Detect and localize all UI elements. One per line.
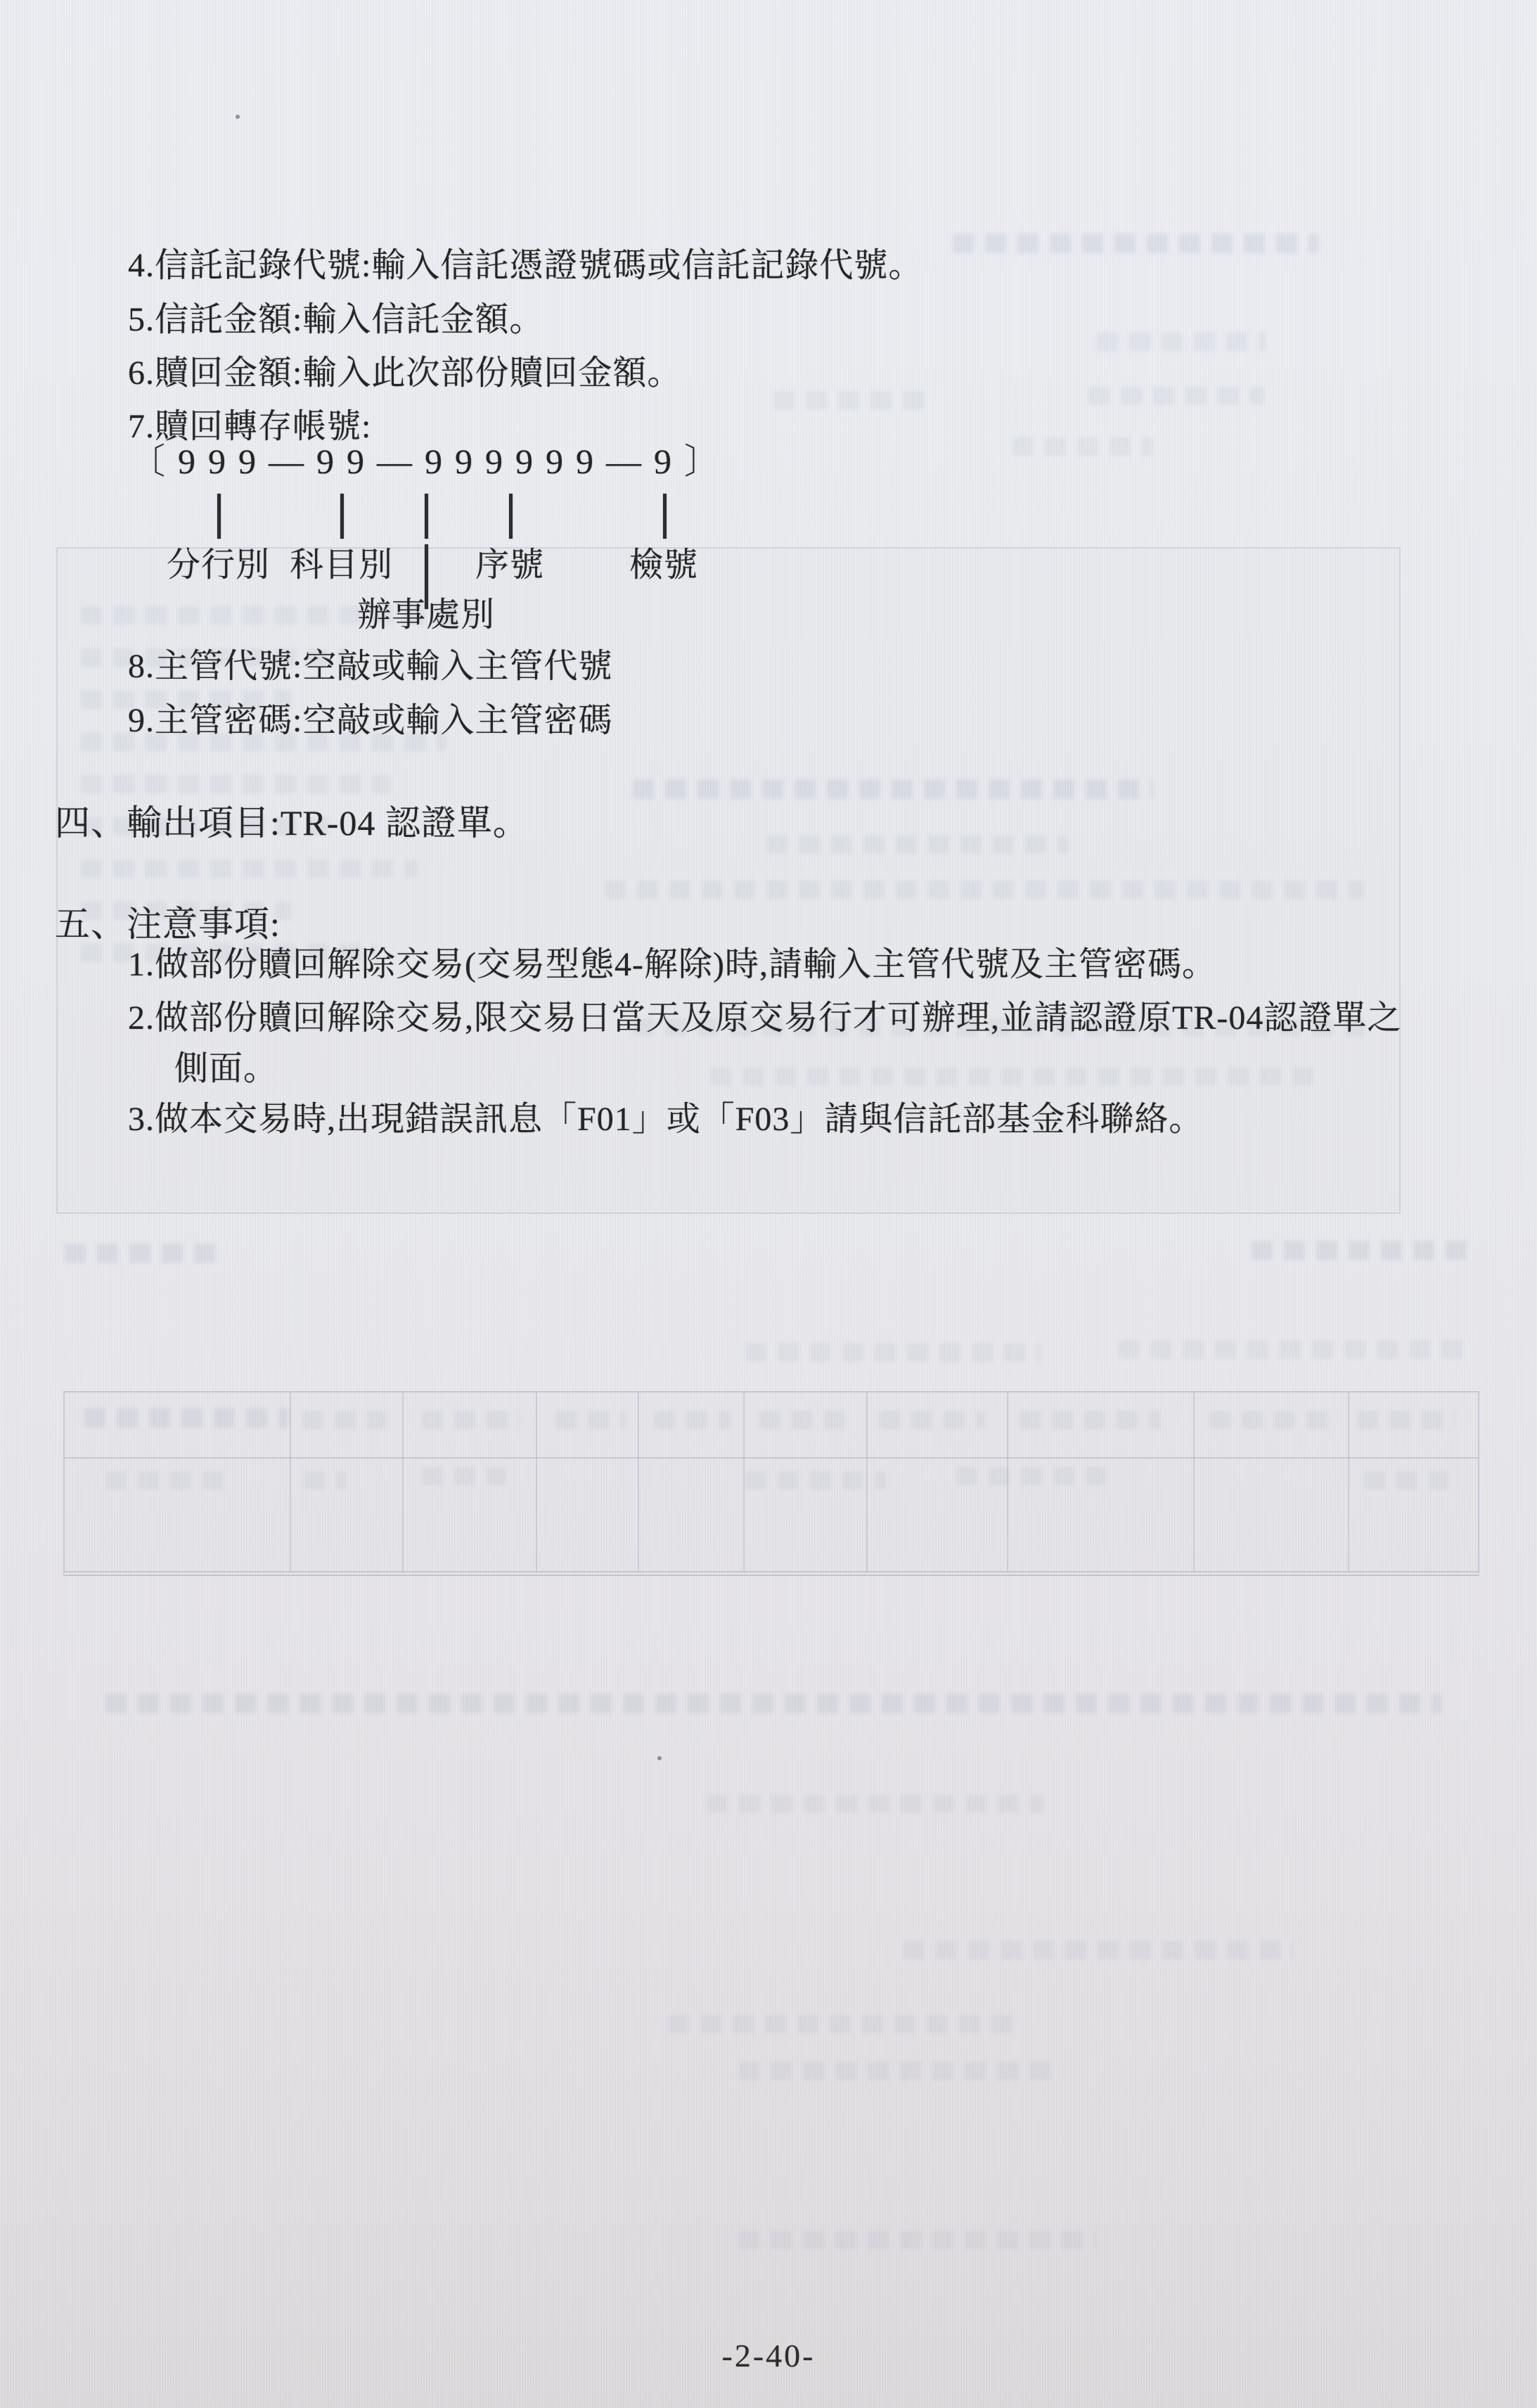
note-item-3: 3.做本交易時,出現錯誤訊息「F01」或「F03」請與信託部基金科聯絡。 [128,1100,1203,1139]
note-item-1: 1.做部份贖回解除交易(交易型態4-解除)時,請輸入主管代號及主管密碼。 [128,945,1216,984]
bleedthrough-row [707,1795,1044,1813]
bleedthrough-row [668,2015,1020,2033]
instruction-item-7: 7.贖回轉存帳號: [128,407,371,446]
diagram-label-serial: 序號 [475,546,544,584]
instruction-item-4: 4.信託記錄代號:輸入信託憑證號碼或信託記錄代號。 [128,246,922,285]
bleedthrough-row [766,835,1069,854]
bleedthrough-row [304,1471,346,1490]
bleedthrough-row [84,1408,288,1428]
instruction-item-9: 9.主管密碼:空敲或輸入主管密碼 [128,701,612,740]
note-item-2-continuation: 側面。 [174,1049,278,1088]
bleedthrough-row [1118,1340,1470,1359]
instruction-item-6: 6.贖回金額:輸入此次部份贖回金額。 [128,354,681,392]
bleedthrough-table-column [1193,1392,1195,1571]
bleedthrough-row [1088,387,1264,405]
bleedthrough-table-column [1348,1392,1349,1571]
bleedthrough-row [759,1411,851,1429]
diagram-tick-subject [340,494,344,539]
account-format-line: 〔999—99—999999—9〕 [130,442,732,482]
bleedthrough-table-column [743,1392,745,1571]
bleedthrough-row [1097,333,1266,351]
bleedthrough-row [1209,1411,1329,1429]
bleedthrough-row [773,391,925,409]
bleedthrough-row [738,2231,1097,2249]
bleedthrough-row [422,1411,520,1429]
note-item-2: 2.做部份贖回解除交易,限交易日當天及原交易行才可辦理,並請認證原TR-04認證… [128,999,1401,1037]
bleedthrough-row [81,775,390,793]
bleedthrough-row [65,1243,219,1263]
diagram-tick-serial [509,494,513,539]
bleedthrough-row [1357,1411,1455,1429]
diagram-tick-office [425,494,428,539]
bleedthrough-row [302,1411,387,1429]
bleedthrough-table-header-rule [65,1457,1478,1459]
bleedthrough-table-column [638,1392,639,1571]
bleedthrough-row [1252,1241,1470,1260]
scanned-manual-page: 4.信託記錄代號:輸入信託憑證號碼或信託記錄代號。 5.信託金額:輸入信託金額。… [0,0,1537,2408]
bleedthrough-row [738,2062,1058,2080]
bleedthrough-row [605,880,1364,899]
diagram-label-check: 檢號 [629,546,698,584]
section-heading-output: 四、輸出項目:TR-04 認證單。 [55,803,529,844]
bleedthrough-table-column [536,1392,537,1571]
instruction-item-5: 5.信託金額:輸入信託金額。 [128,300,544,339]
paper-speck [236,115,240,119]
bleedthrough-row [953,233,1318,253]
paper-speck [657,1756,662,1760]
bleedthrough-row [555,1411,626,1429]
diagram-label-office: 辦事處別 [357,596,495,634]
bleedthrough-row [903,1941,1294,1959]
page-number: -2-40- [722,2338,816,2375]
diagram-label-subject: 科目別 [290,546,393,584]
bleedthrough-row [745,1343,1041,1362]
bleedthrough-table-column [402,1392,404,1571]
bleedthrough-row [105,1693,1441,1713]
bleedthrough-row [654,1411,731,1429]
bleedthrough-table-column [290,1392,291,1571]
diagram-tick-branch [217,494,221,539]
diagram-label-branch: 分行別 [167,546,270,584]
bleedthrough-row [81,859,418,878]
section-heading-notes: 五、注意事項: [55,904,281,945]
bleedthrough-row [1020,1411,1160,1429]
bleedthrough-row [745,1471,886,1490]
bleedthrough-row [1364,1471,1448,1490]
diagram-tick-check [663,494,667,539]
bleedthrough-row [710,1068,1315,1086]
instruction-item-8: 8.主管代號:空敲或輸入主管代號 [128,647,612,686]
bleedthrough-row [105,1471,232,1490]
bleedthrough-row [633,779,1153,799]
bleedthrough-row [879,1411,984,1429]
bleedthrough-row [956,1467,1111,1485]
bleedthrough-row [1012,437,1153,456]
bleedthrough-row [422,1467,506,1485]
